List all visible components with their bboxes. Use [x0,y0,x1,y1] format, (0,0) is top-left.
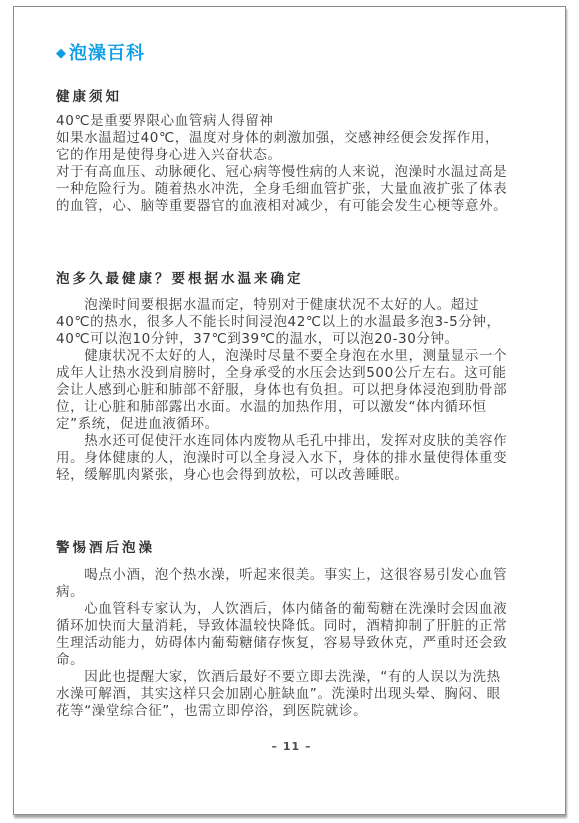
section-body-soak-duration: 泡澡时间要根据水温而定，特别对于健康状况不太好的人。超过 40℃的热水，很多人不… [56,297,527,484]
page-title: ◆ 泡澡百科 [56,43,527,65]
section-heading-alcohol-warning: 警惕酒后泡澡 [56,540,527,557]
diamond-icon: ◆ [56,43,67,65]
document-page: ◆ 泡澡百科 健康须知 40℃是重要界限心血管病人得留神 如果水温超过40℃，温… [13,6,566,815]
section-body-alcohol-warning: 喝点小酒，泡个热水澡，听起来很美。事实上，这很容易引发心血管 病。 心血管科专家… [56,567,527,720]
section-body-health-notice: 40℃是重要界限心血管病人得留神 如果水温超过40℃，温度对身体的刺激加强，交感… [56,113,527,215]
section-heading-soak-duration: 泡多久最健康？要根据水温来确定 [56,271,527,288]
section-heading-health-notice: 健康须知 [56,89,527,106]
page-title-text: 泡澡百科 [69,43,145,65]
page-number: – 11 – [56,740,527,753]
